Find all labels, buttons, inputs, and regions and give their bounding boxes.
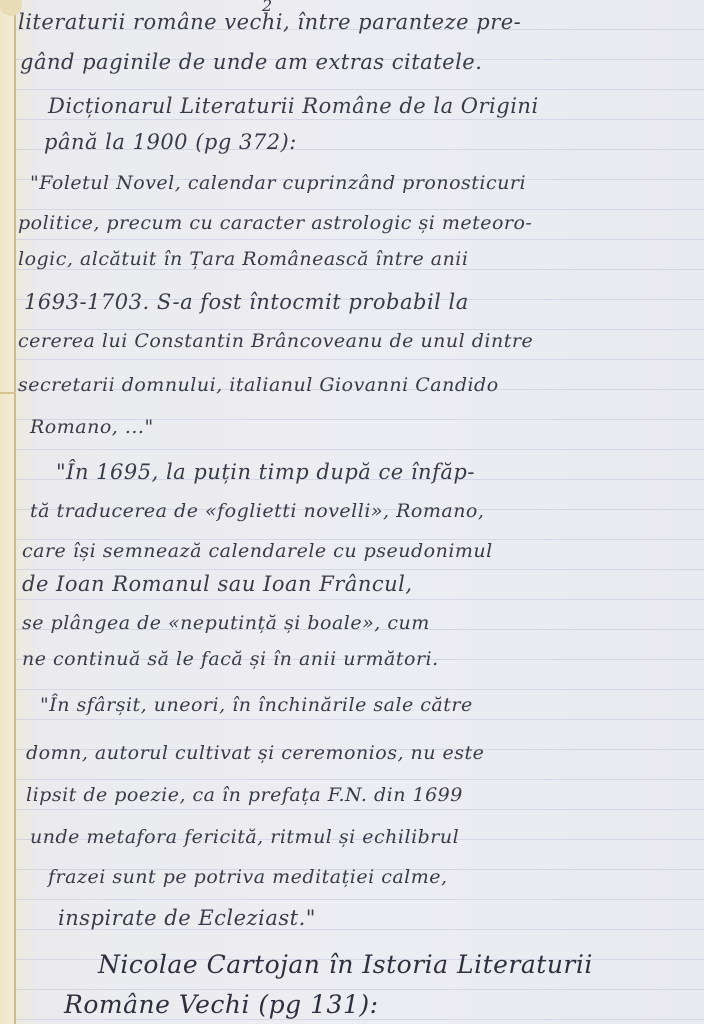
text-line: cererea lui Constantin Brâncoveanu de un… (18, 330, 533, 352)
text-line: "În sfârșit, uneori, în închinările sale… (40, 694, 473, 716)
text-line: literaturii române vechi, între parantez… (18, 10, 521, 34)
notebook-page: 2 literaturii române vechi, între parant… (0, 0, 704, 1024)
margin-rule-line (14, 0, 16, 1024)
text-line: frazei sunt pe potriva meditației calme, (48, 866, 448, 888)
text-line: 1693-1703. S-a fost întocmit probabil la (24, 290, 469, 314)
text-line: domn, autorul cultivat și ceremonios, nu… (26, 742, 484, 764)
text-line: unde metafora fericită, ritmul și echili… (30, 826, 459, 848)
text-line: de Ioan Romanul sau Ioan Frâncul, (22, 572, 413, 596)
text-line: politice, precum cu caracter astrologic … (18, 212, 532, 234)
text-line: Dicționarul Literaturii Române de la Ori… (48, 94, 539, 118)
text-line: secretarii domnului, italianul Giovanni … (18, 374, 499, 396)
text-line: logic, alcătuit în Țara Românească între… (18, 248, 468, 270)
text-line: lipsit de poezie, ca în prefața F.N. din… (26, 784, 463, 806)
page-margin-strip (0, 0, 15, 1024)
text-line: Romano, ..." (30, 416, 154, 438)
text-line: ne continuă să le facă și în anii următo… (22, 648, 439, 670)
citation-line: Nicolae Cartojan în Istoria Literaturii (98, 950, 593, 979)
text-line: care își semnează calendarele cu pseudon… (22, 540, 493, 562)
text-line: se plângea de «neputință și boale», cum (22, 612, 430, 634)
text-line: "Foletul Novel, calendar cuprinzând pron… (30, 172, 526, 194)
citation-line: Române Vechi (pg 131): (64, 990, 379, 1019)
text-line: până la 1900 (pg 372): (44, 130, 297, 154)
text-line: gând paginile de unde am extras citatele… (20, 50, 482, 74)
text-line: "În 1695, la puțin timp după ce înfăp- (56, 460, 475, 484)
binding-mark (0, 392, 16, 394)
text-line: inspirate de Ecleziast." (58, 906, 316, 930)
text-line: tă traducerea de «foglietti novelli», Ro… (30, 500, 484, 522)
